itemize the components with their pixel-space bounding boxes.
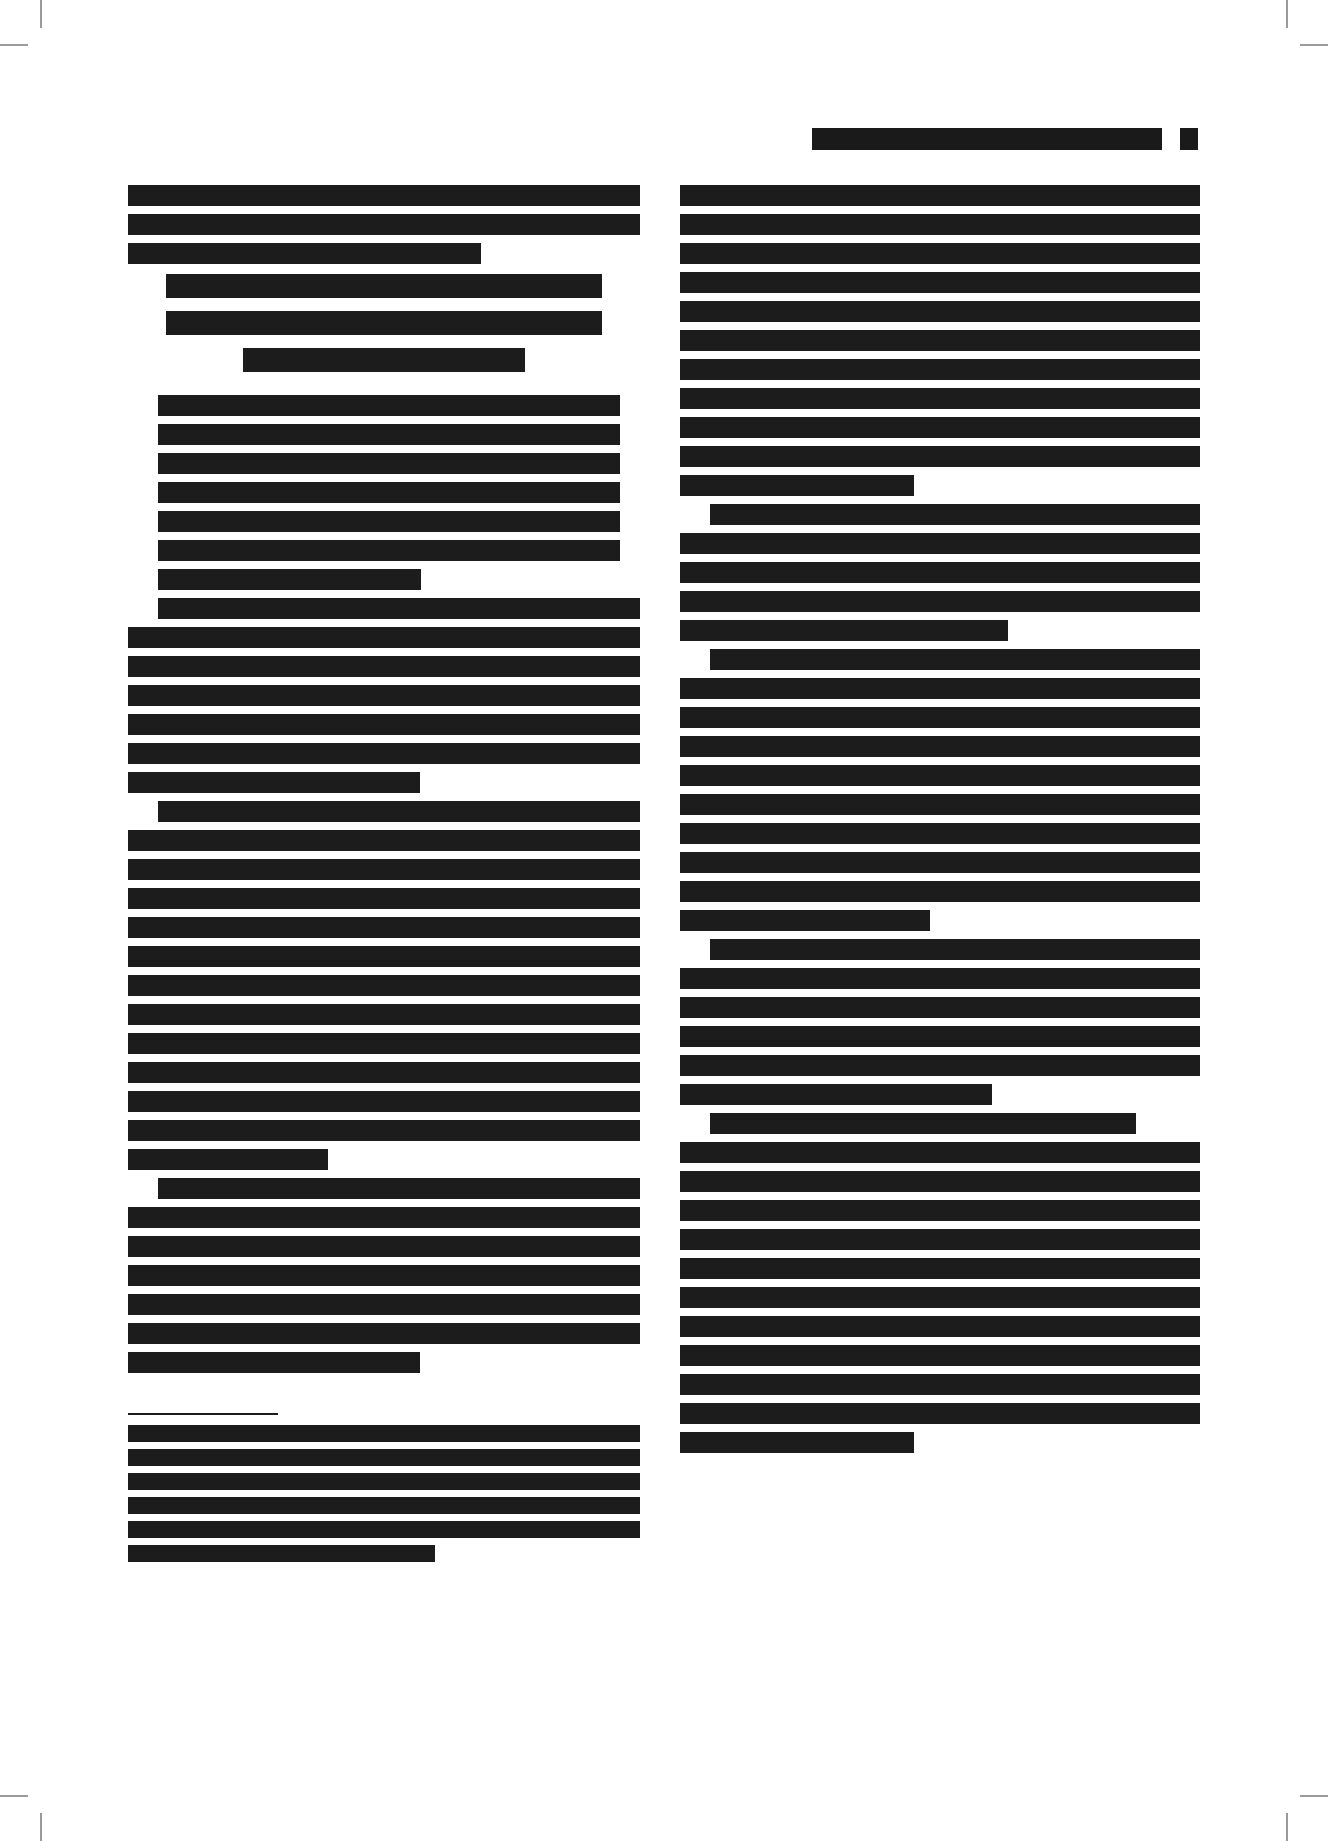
illegible-text-line [680, 1374, 1200, 1395]
illegible-text-line [128, 1265, 640, 1286]
paragraph [128, 598, 640, 793]
illegible-text-line [680, 997, 1200, 1018]
illegible-text-line [128, 830, 640, 851]
illegible-text-line [158, 424, 620, 445]
illegible-text-line [680, 1345, 1200, 1366]
illegible-text-line [128, 1004, 640, 1025]
paragraph [128, 185, 640, 264]
illegible-text-line [710, 504, 1200, 525]
page-number [1180, 128, 1198, 150]
illegible-text-line [680, 475, 914, 496]
illegible-text-line [680, 417, 1200, 438]
illegible-text-line [680, 707, 1200, 728]
illegible-text-line [680, 910, 930, 931]
illegible-text-line [680, 330, 1200, 351]
footnotes [128, 1425, 640, 1562]
illegible-text-line [680, 1316, 1200, 1337]
illegible-text-line [680, 185, 1200, 206]
illegible-text-line [128, 714, 640, 735]
illegible-text-line [710, 939, 1200, 960]
illegible-text-line [158, 801, 640, 822]
illegible-text-line [680, 272, 1200, 293]
crop-mark-br-v [1286, 1813, 1288, 1841]
illegible-text-line [680, 533, 1200, 554]
illegible-text-line [680, 591, 1200, 612]
paragraph [680, 649, 1200, 931]
illegible-text-line [128, 888, 640, 909]
illegible-text-line [680, 1055, 1200, 1076]
illegible-text-line [128, 743, 640, 764]
illegible-text-line [158, 395, 620, 416]
crop-mark-tl-h [0, 44, 28, 46]
illegible-text-line [680, 388, 1200, 409]
illegible-text-line [128, 1236, 640, 1257]
illegible-text-line [128, 1207, 640, 1228]
illegible-text-line [128, 917, 640, 938]
illegible-text-line [158, 511, 620, 532]
illegible-text-line [680, 301, 1200, 322]
illegible-text-line [128, 1149, 328, 1170]
illegible-text-line [680, 359, 1200, 380]
crop-mark-tr-h [1300, 44, 1328, 46]
illegible-text-line [680, 243, 1200, 264]
illegible-text-line [158, 453, 620, 474]
illegible-text-line [128, 1323, 640, 1344]
illegible-text-line [128, 1352, 420, 1373]
illegible-text-line [128, 243, 481, 264]
illegible-text-line [680, 1432, 914, 1453]
illegible-text-line [128, 975, 640, 996]
illegible-text-line [680, 765, 1200, 786]
illegible-text-line [128, 1473, 640, 1490]
illegible-text-line [710, 649, 1200, 670]
subheading [128, 274, 640, 385]
illegible-text-line [680, 1026, 1200, 1047]
crop-mark-tr-v [1286, 0, 1288, 28]
list [680, 1142, 1200, 1453]
illegible-text-line [128, 1545, 435, 1562]
illegible-text-line [680, 678, 1200, 699]
illegible-text-line [680, 794, 1200, 815]
running-head [812, 128, 1162, 150]
illegible-text-line [158, 482, 620, 503]
illegible-text-line [166, 274, 601, 298]
illegible-text-line [128, 627, 640, 648]
illegible-text-line [710, 1113, 1136, 1134]
illegible-text-line [128, 1425, 640, 1442]
illegible-text-line [680, 1229, 1200, 1250]
illegible-text-line [680, 446, 1200, 467]
illegible-text-line [243, 348, 525, 372]
illegible-text-line [680, 823, 1200, 844]
illegible-text-line [680, 214, 1200, 235]
illegible-text-line [128, 1120, 640, 1141]
crop-mark-bl-v [40, 1813, 42, 1841]
left-column [128, 185, 640, 1569]
illegible-text-line [128, 1294, 640, 1315]
illegible-text-line [128, 772, 420, 793]
illegible-text-line [680, 881, 1200, 902]
paragraph [680, 185, 1200, 496]
paragraph [680, 504, 1200, 641]
paragraph [128, 1178, 640, 1373]
paragraph [128, 801, 640, 1170]
illegible-text-line [158, 569, 421, 590]
illegible-text-line [680, 852, 1200, 873]
illegible-text-line [680, 1200, 1200, 1221]
illegible-text-line [680, 736, 1200, 757]
illegible-text-line [128, 946, 640, 967]
illegible-text-line [680, 620, 1008, 641]
illegible-text-line [128, 214, 640, 235]
paragraph [680, 939, 1200, 1105]
illegible-text-line [158, 598, 640, 619]
illegible-text-line [128, 656, 640, 677]
illegible-text-line [128, 1091, 640, 1112]
illegible-text-line [680, 1171, 1200, 1192]
illegible-text-line [166, 311, 601, 335]
illegible-text-line [128, 685, 640, 706]
illegible-text-line [128, 1062, 640, 1083]
block-quote [158, 395, 620, 590]
crop-mark-bl-h [0, 1795, 28, 1797]
illegible-text-line [680, 1084, 992, 1105]
illegible-text-line [128, 185, 640, 206]
illegible-text-line [680, 562, 1200, 583]
illegible-text-line [680, 1142, 1200, 1163]
illegible-text-line [680, 1287, 1200, 1308]
crop-mark-tl-v [40, 0, 42, 28]
illegible-text-line [680, 1258, 1200, 1279]
illegible-text-line [128, 1449, 640, 1466]
illegible-text-line [158, 540, 620, 561]
illegible-text-line [680, 1403, 1200, 1424]
running-header [812, 128, 1198, 150]
illegible-text-line [128, 1033, 640, 1054]
section-heading [680, 1113, 1200, 1134]
illegible-text-line [158, 1178, 640, 1199]
illegible-text-line [128, 859, 640, 880]
illegible-text-line [128, 1497, 640, 1514]
right-column [680, 185, 1200, 1461]
crop-mark-br-h [1300, 1795, 1328, 1797]
illegible-text-line [128, 1521, 640, 1538]
footnote-separator [128, 1413, 278, 1415]
illegible-text-line [680, 968, 1200, 989]
